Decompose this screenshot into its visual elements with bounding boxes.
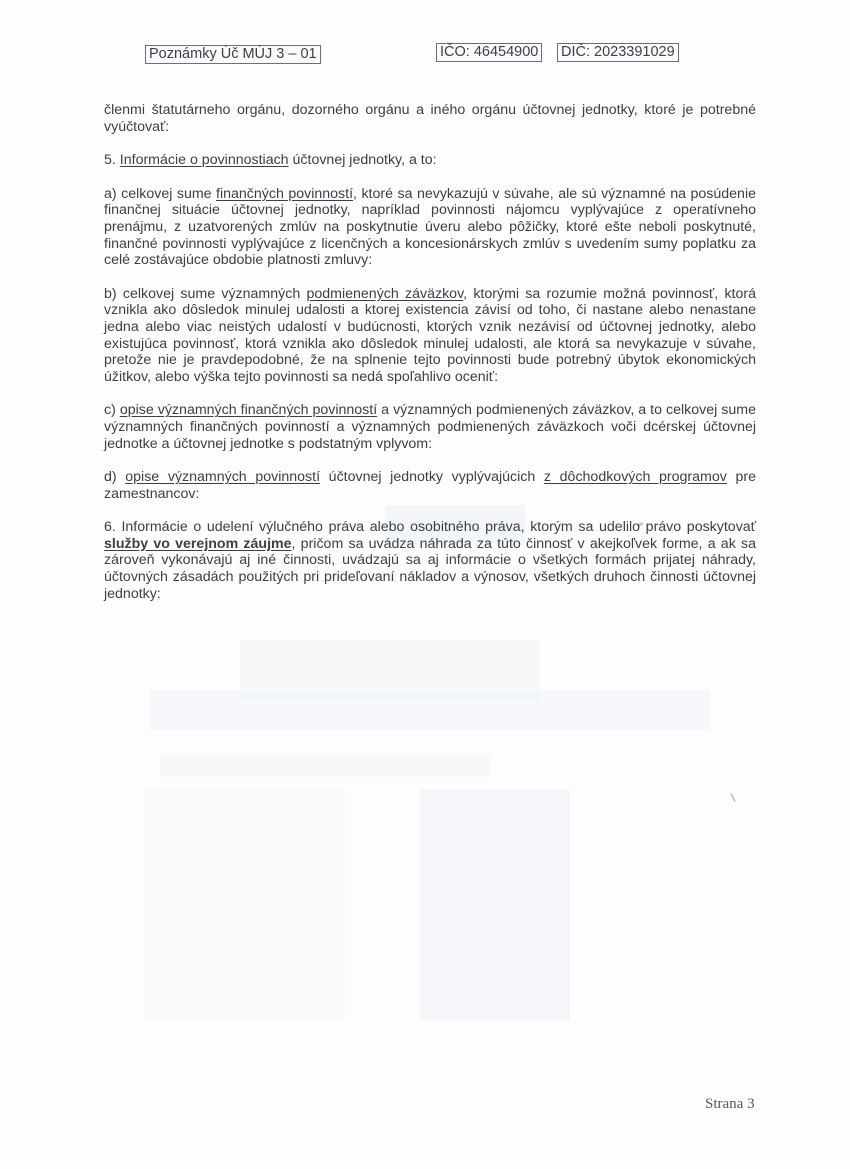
section-5-underlined: Informácie o povinnostiach: [120, 152, 289, 168]
item-c-underlined: opise významných finančných povinností: [120, 402, 377, 418]
page-number: Strana 3: [705, 1096, 755, 1113]
continuation-paragraph: členmi štatutárneho orgánu, dozorného or…: [104, 102, 756, 135]
bleed-through-block: [145, 790, 345, 1020]
document-body: členmi štatutárneho orgánu, dozorného or…: [104, 102, 756, 619]
item-c-paragraph: c) opise významných finančných povinnost…: [104, 402, 756, 452]
ico-box: IČO: 46454900: [436, 43, 542, 62]
item-a-underlined: finančných povinností: [216, 186, 353, 202]
item-d-underlined-2: z dôchodkových programov: [544, 469, 727, 485]
bleed-through-block: [420, 790, 570, 1020]
section-6-paragraph: 6. Informácie o udelení výlučného práva …: [104, 519, 756, 602]
item-b-paragraph: b) celkovej sume významných podmienených…: [104, 286, 756, 386]
dic-value: DIČ: 2023391029: [561, 44, 675, 60]
form-label-box: Poznámky Úč MÚJ 3 – 01: [145, 45, 321, 64]
bleed-through-block: [150, 690, 710, 730]
item-d-paragraph: d) opise významných povinností účtovnej …: [104, 469, 756, 502]
item-d-underlined: opise významných povinností: [125, 469, 320, 485]
bleed-through-block: [160, 755, 490, 777]
scan-speck: [730, 793, 736, 802]
form-label: Poznámky Úč MÚJ 3 – 01: [149, 46, 317, 62]
section-5-heading: 5. Informácie o povinnostiach účtovnej j…: [104, 152, 756, 169]
item-a-paragraph: a) celkovej sume finančných povinností, …: [104, 186, 756, 269]
document-page: Poznámky Úč MÚJ 3 – 01 IČO: 46454900 DIČ…: [0, 0, 850, 1169]
ico-value: IČO: 46454900: [440, 44, 538, 60]
dic-box: DIČ: 2023391029: [557, 43, 679, 62]
item-b-underlined: podmienených záväzkov: [306, 286, 463, 302]
section-6-bold-underlined: služby vo verejnom záujme: [104, 536, 292, 552]
